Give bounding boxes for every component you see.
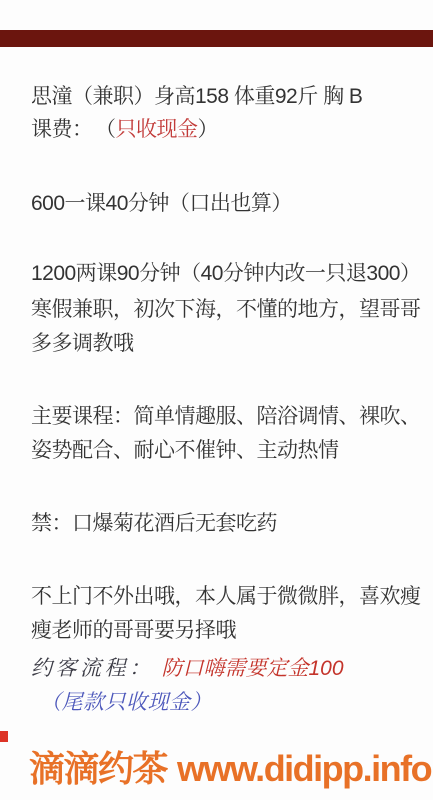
page: 思潼（兼职）身高158 体重92斤 胸 B 课费：（只收现金） 600一课40分… <box>0 0 433 800</box>
deposit-note-text: （尾款只收现金） <box>40 691 212 714</box>
fee-paren-open: （ <box>106 118 116 141</box>
notes-text-2: 瘦老师的哥哥要另择哦 <box>31 619 236 642</box>
fee-cash-only-text: 只收现金 <box>116 118 198 141</box>
courses-line-1: 主要课程：简单情趣服、陪浴调情、裸吹、 <box>31 405 421 428</box>
intro-text-2: 多多调教哦 <box>31 332 134 355</box>
forbidden-line: 禁：口爆菊花酒后无套吃药 <box>31 512 277 535</box>
deposit-note-line: （尾款只收现金） <box>40 691 212 714</box>
booking-label: 约客流程： <box>31 657 154 680</box>
watermark: 滴滴约茶www.didipp.info <box>29 741 431 792</box>
fee-paren-close: ） <box>198 118 219 141</box>
red-square-icon <box>0 731 8 742</box>
fee-label: 课费： <box>31 118 93 141</box>
fee-line: 课费：（只收现金） <box>31 118 218 141</box>
top-banner-bar <box>0 30 433 47</box>
intro-line-2: 多多调教哦 <box>31 332 134 355</box>
price-double-text: 1200两课90分钟（40分钟内改一只退300） <box>31 262 420 285</box>
notes-line-1: 不上门不外出哦，本人属于微微胖，喜欢瘦 <box>31 585 421 608</box>
notes-text-1: 不上门不外出哦，本人属于微微胖，喜欢瘦 <box>31 585 421 608</box>
watermark-brand: 滴滴约茶 <box>29 748 167 789</box>
intro-line-1: 寒假兼职，初次下海，不懂的地方，望哥哥 <box>31 298 421 321</box>
courses-line-2: 姿势配合、耐心不催钟、主动热情 <box>31 439 339 462</box>
price-single-text: 600一课40分钟（口出也算） <box>31 192 292 215</box>
profile-text: 思潼（兼职）身高158 体重92斤 胸 B <box>31 85 362 108</box>
deposit-warning-text: 防口嗨需要定金100 <box>162 657 344 680</box>
price-double-line: 1200两课90分钟（40分钟内改一只退300） <box>31 262 420 285</box>
price-single-line: 600一课40分钟（口出也算） <box>31 192 292 215</box>
forbidden-text: 禁：口爆菊花酒后无套吃药 <box>31 512 277 535</box>
courses-text-2: 姿势配合、耐心不催钟、主动热情 <box>31 439 339 462</box>
notes-line-2: 瘦老师的哥哥要另择哦 <box>31 619 236 642</box>
courses-text-1: 主要课程：简单情趣服、陪浴调情、裸吹、 <box>31 405 421 428</box>
watermark-url: www.didipp.info <box>177 748 431 789</box>
profile-line: 思潼（兼职）身高158 体重92斤 胸 B <box>31 85 362 108</box>
booking-line: 约客流程：防口嗨需要定金100 <box>31 657 344 680</box>
intro-text-1: 寒假兼职，初次下海，不懂的地方，望哥哥 <box>31 298 421 321</box>
